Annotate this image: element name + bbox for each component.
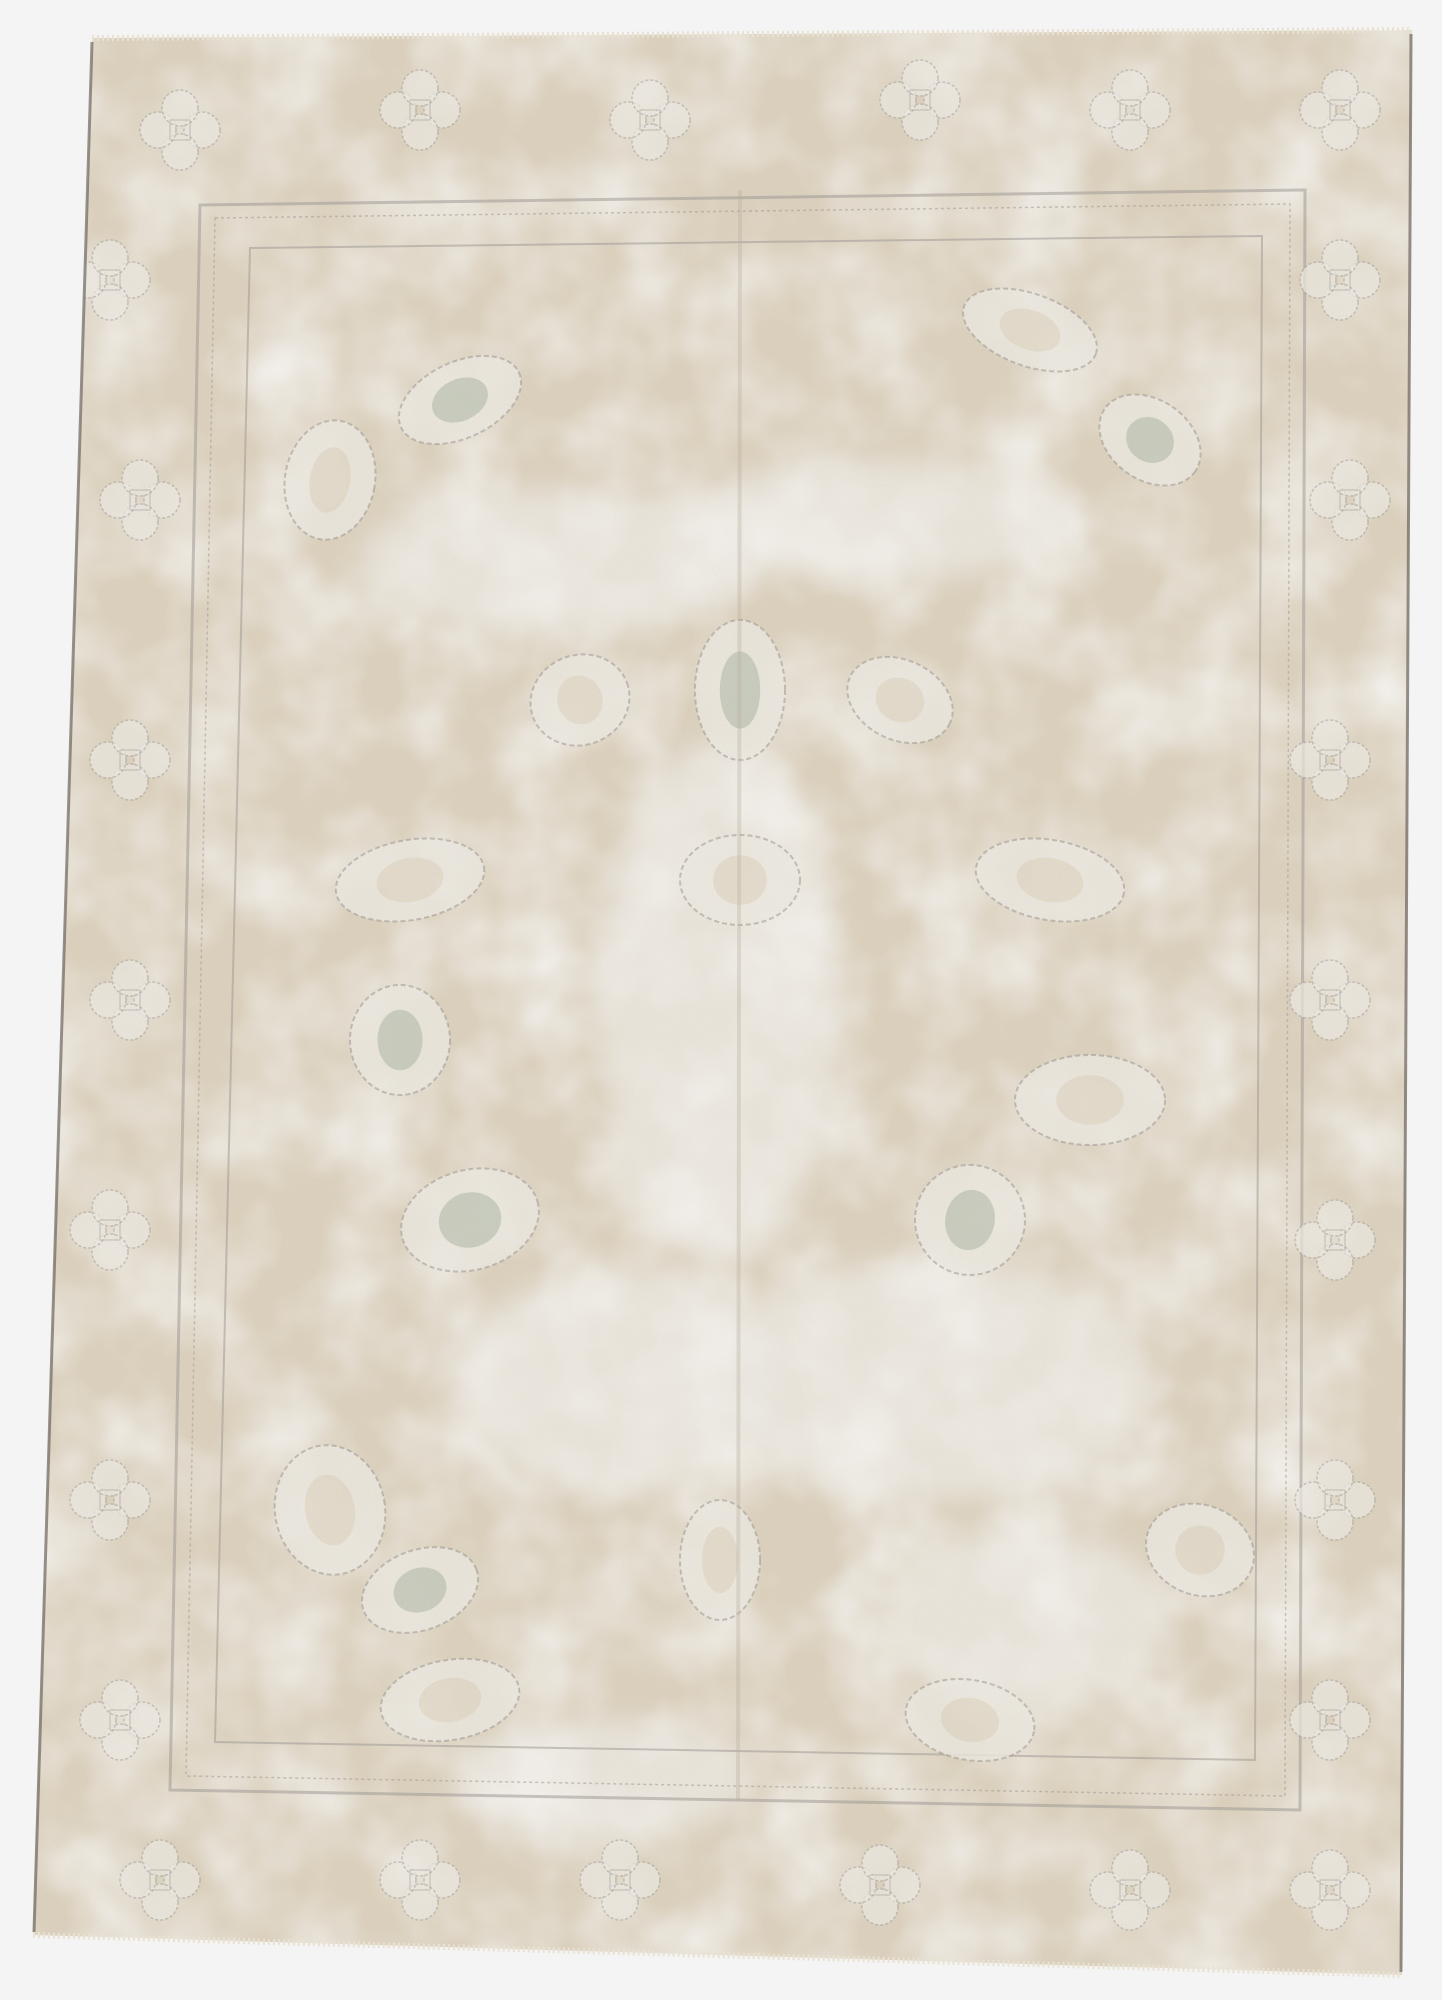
rug — [0, 0, 1442, 2000]
rug-product-photo — [0, 0, 1442, 2000]
weave-grain — [0, 0, 1442, 2000]
